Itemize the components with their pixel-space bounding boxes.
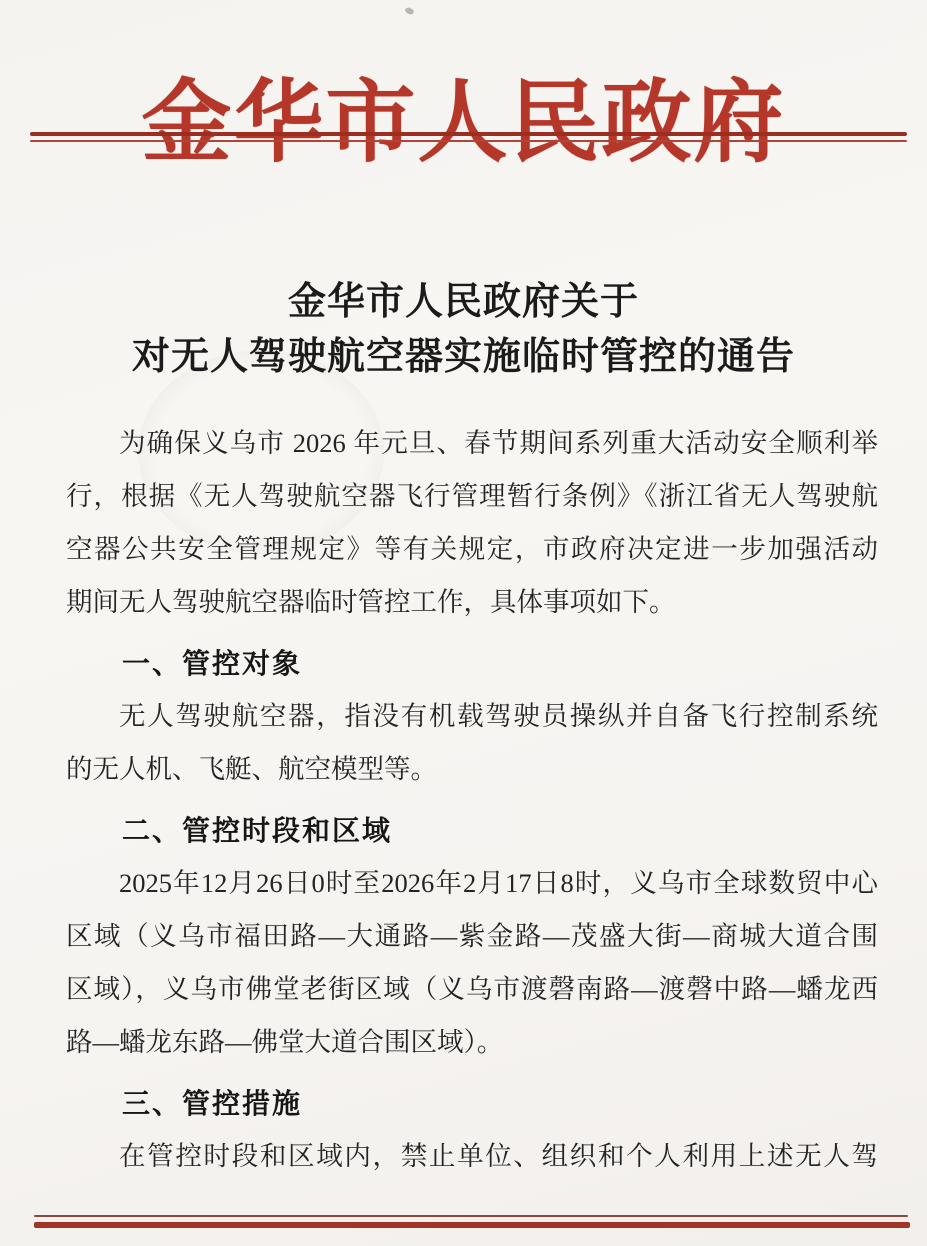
- section-2-line: 2025年12月26日0时至2026年2月17日8时，义乌市全球数贸中心: [66, 857, 878, 910]
- notice-title-line2: 对无人驾驶航空器实施临时管控的通告: [0, 330, 927, 385]
- section-1-heading: 一、管控对象: [66, 637, 878, 690]
- letterhead-rule-thin: [30, 140, 907, 142]
- scan-speck: [404, 6, 415, 15]
- scanned-notice-page: 金华市人民政府 金华市人民政府关于 对无人驾驶航空器实施临时管控的通告 为确保义…: [0, 0, 927, 1246]
- section-1-line: 的无人机、飞艇、航空模型等。: [66, 743, 878, 796]
- intro-line: 行，根据《无人驾驶航空器飞行管理暂行条例》《浙江省无人驾驶航: [66, 470, 878, 523]
- letterhead-rule-thick: [30, 132, 907, 136]
- intro-line: 空器公共安全管理规定》等有关规定，市政府决定进一步加强活动: [66, 523, 878, 576]
- notice-title-line1: 金华市人民政府关于: [0, 275, 927, 330]
- section-3-line: 在管控时段和区域内，禁止单位、组织和个人利用上述无人驾: [66, 1130, 878, 1183]
- section-2-line: 路—蟠龙东路—佛堂大道合围区域）。: [66, 1016, 878, 1069]
- letterhead-org-name: 金华市人民政府: [0, 72, 927, 176]
- section-2-heading: 二、管控时段和区域: [66, 804, 878, 857]
- footer-rule-thin: [34, 1215, 908, 1217]
- footer-rule-thick: [34, 1222, 910, 1228]
- intro-line: 为确保义乌市 2026 年元旦、春节期间系列重大活动安全顺利举: [66, 417, 878, 470]
- notice-body: 为确保义乌市 2026 年元旦、春节期间系列重大活动安全顺利举 行，根据《无人驾…: [66, 417, 878, 1183]
- section-2-line: 区域（义乌市福田路—大通路—紫金路—茂盛大街—商城大道合围: [66, 910, 878, 963]
- section-2-line: 区域），义乌市佛堂老街区域（义乌市渡磬南路—渡磬中路—蟠龙西: [66, 963, 878, 1016]
- section-1-line: 无人驾驶航空器，指没有机载驾驶员操纵并自备飞行控制系统: [66, 690, 878, 743]
- notice-title: 金华市人民政府关于 对无人驾驶航空器实施临时管控的通告: [0, 275, 927, 385]
- intro-line: 期间无人驾驶航空器临时管控工作，具体事项如下。: [66, 576, 878, 629]
- section-3-heading: 三、管控措施: [66, 1077, 878, 1130]
